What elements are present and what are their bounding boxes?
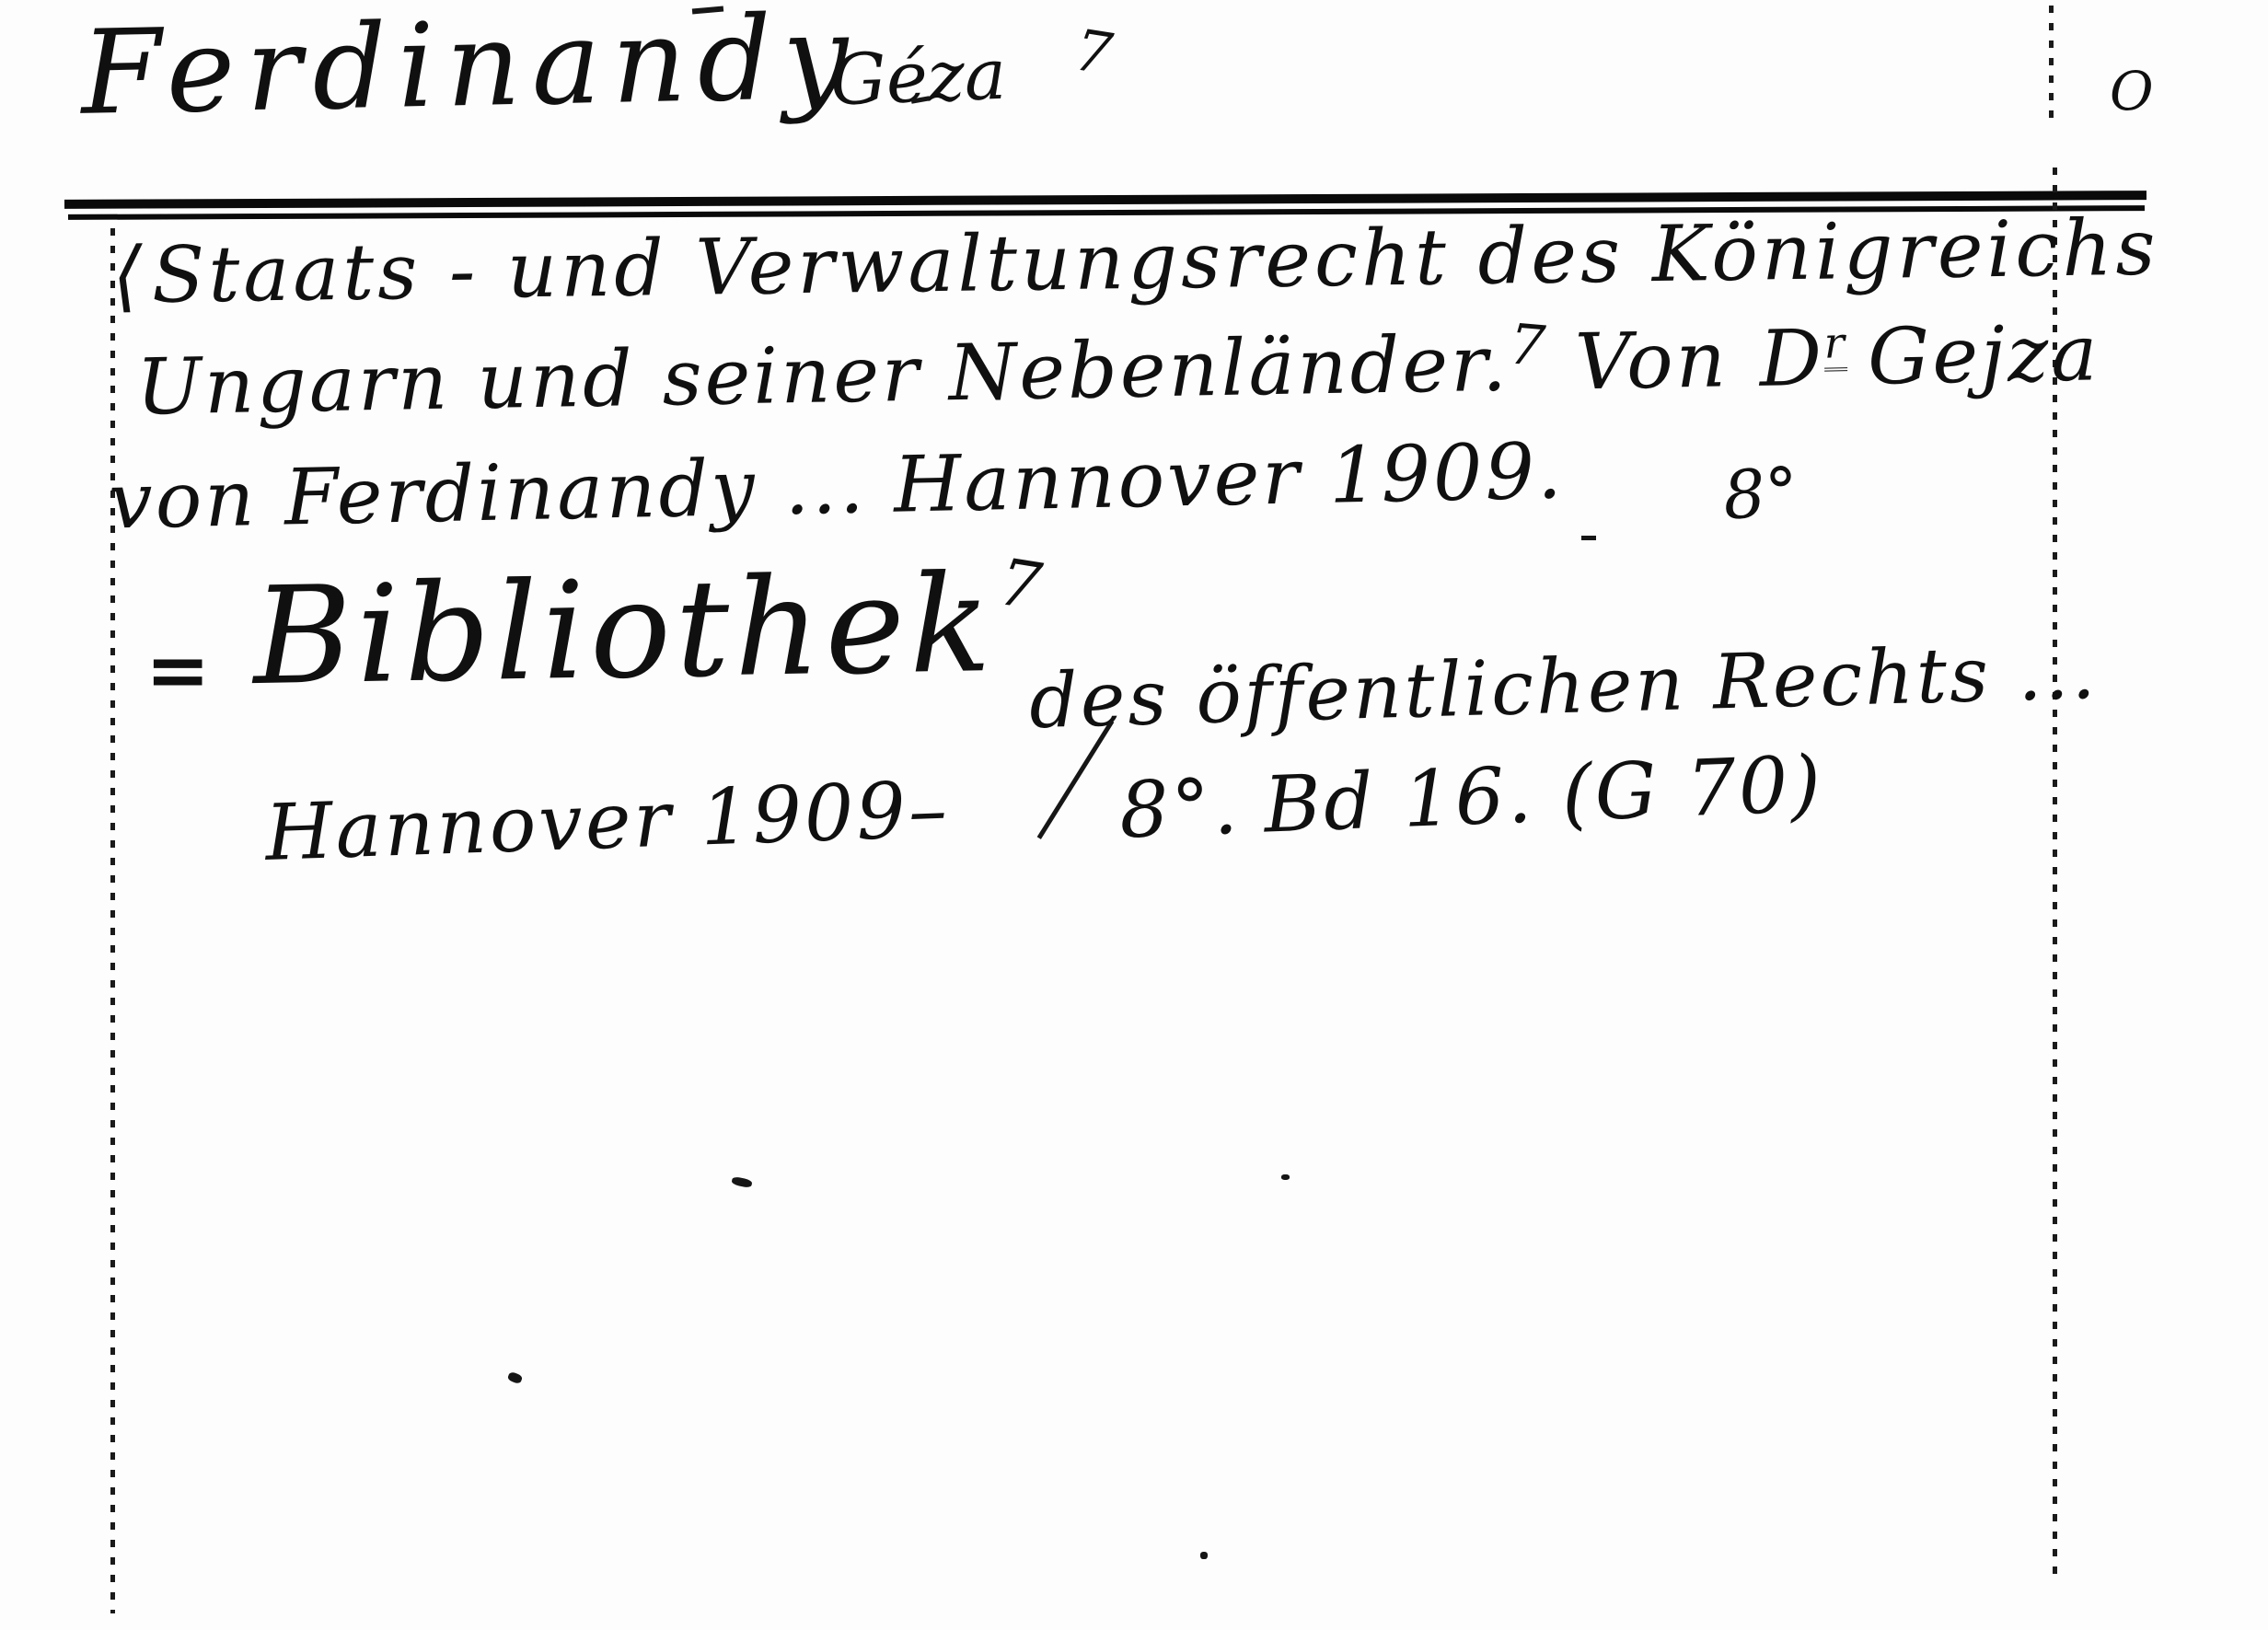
insertion-mark-icon: 7	[995, 549, 1046, 619]
format-note: 8°	[1721, 457, 1801, 529]
ink-speck	[731, 1176, 752, 1188]
title-line-2: Ungarn und seiner Nebenländer.7VonDrGejz…	[135, 314, 2100, 425]
title-line-1: ⟨Staats - und Verwaltungsrecht des König…	[112, 208, 2160, 314]
ink-speck	[1200, 1552, 1208, 1559]
dr-superscript: r	[1823, 318, 1847, 371]
ink-speck	[1281, 1174, 1290, 1180]
insertion-mark-icon: 7	[1507, 317, 1550, 376]
ink-dash	[1581, 536, 1596, 540]
catalog-card-scan: Ferdinandy Géza 7 O ⟨Staats - und Verwal…	[0, 0, 2268, 1630]
author-surname: Ferdinandy	[80, 0, 861, 132]
series-subtitle: des öffentlichen Rechts ...	[1028, 635, 2099, 740]
title-line-2-text: Ungarn und seiner Nebenländer.	[135, 318, 1510, 433]
opening-flourish-mark: ⟨	[111, 230, 146, 321]
series-place-date: Hannover 1909–	[264, 770, 951, 872]
author-forename-alt: Gejza	[1867, 307, 2100, 401]
corner-mark: O	[2110, 64, 2154, 118]
series-volume-shelfmark: 8°.Bd 16.(G 70)	[1118, 745, 1825, 849]
insertion-mark-icon: 7	[1070, 21, 1116, 83]
statement-von: Von	[1574, 314, 1729, 407]
dr-abbreviation: Dr	[1759, 312, 1848, 404]
imprint-line: von Ferdinandy ... Hannover 1909.	[108, 432, 1565, 539]
title-line-1-text: Staats - und Verwaltungsrecht des Königr…	[151, 202, 2159, 319]
series-volume: Bd 16.	[1262, 749, 1535, 850]
right-margin-rule-top	[2049, 6, 2054, 123]
ink-speck	[507, 1371, 524, 1385]
series-shelfmark: (G 70)	[1560, 738, 1825, 838]
left-margin-rule	[110, 228, 115, 1613]
dr-base: D	[1759, 313, 1825, 404]
author-given-name: Géza	[829, 40, 1008, 116]
series-title: Bibliothek	[252, 557, 997, 704]
series-format: 8°.	[1117, 761, 1242, 856]
series-equals-mark: =	[145, 631, 210, 709]
